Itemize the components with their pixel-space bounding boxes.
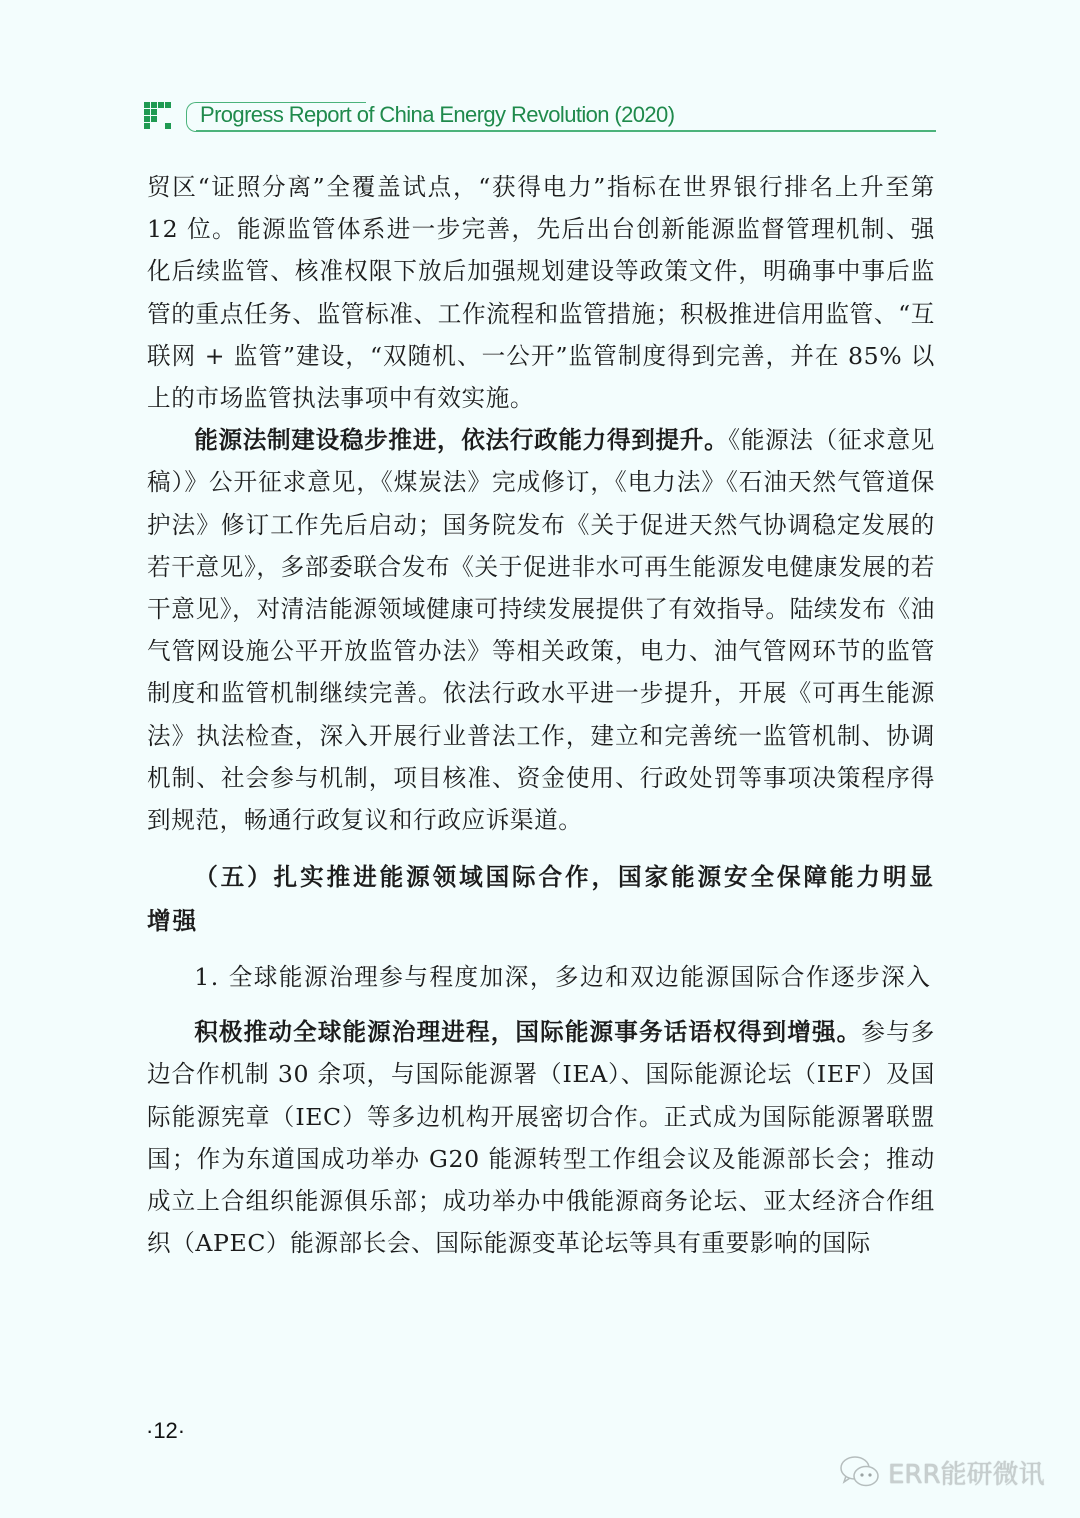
section-heading: （五）扎实推进能源领域国际合作，国家能源安全保障能力明显增强 — [147, 855, 935, 943]
watermark-text: ERR能研微讯 — [888, 1454, 1045, 1491]
document-body: 贸区“证照分离”全覆盖试点，“获得电力”指标在世界银行排名上升至第 12 位。能… — [147, 166, 935, 1264]
report-logo-icon — [144, 102, 178, 132]
wechat-icon — [838, 1454, 882, 1490]
paragraph-energy-law: 能源法制建设稳步推进，依法行政能力得到提升。《能源法（征求意见稿）》公开征求意见… — [147, 419, 935, 841]
subsection-heading: 1. 全球能源治理参与程度加深，多边和双边能源国际合作逐步深入 — [147, 955, 935, 999]
header-rule — [196, 130, 936, 132]
paragraph-global-governance: 积极推动全球能源治理进程，国际能源事务话语权得到增强。参与多边合作机制 30 余… — [147, 1011, 935, 1264]
paragraph-lead-sentence: 积极推动全球能源治理进程，国际能源事务话语权得到增强。 — [194, 1018, 861, 1046]
page-number: ·12· — [146, 1418, 185, 1444]
paragraph-regulation-reform: 贸区“证照分离”全覆盖试点，“获得电力”指标在世界银行排名上升至第 12 位。能… — [147, 166, 935, 419]
running-header-title: Progress Report of China Energy Revoluti… — [200, 102, 674, 128]
watermark: ERR能研微讯 — [838, 1452, 1045, 1492]
page-header: Progress Report of China Energy Revoluti… — [144, 100, 936, 136]
paragraph-lead-sentence: 能源法制建设稳步推进，依法行政能力得到提升。 — [194, 426, 728, 454]
paragraph-text: 《能源法（征求意见稿）》公开征求意见，《煤炭法》完成修订，《电力法》《石油天然气… — [147, 426, 935, 834]
paragraph-text: 参与多边合作机制 30 余项，与国际能源署（IEA）、国际能源论坛（IEF）及国… — [147, 1018, 935, 1257]
